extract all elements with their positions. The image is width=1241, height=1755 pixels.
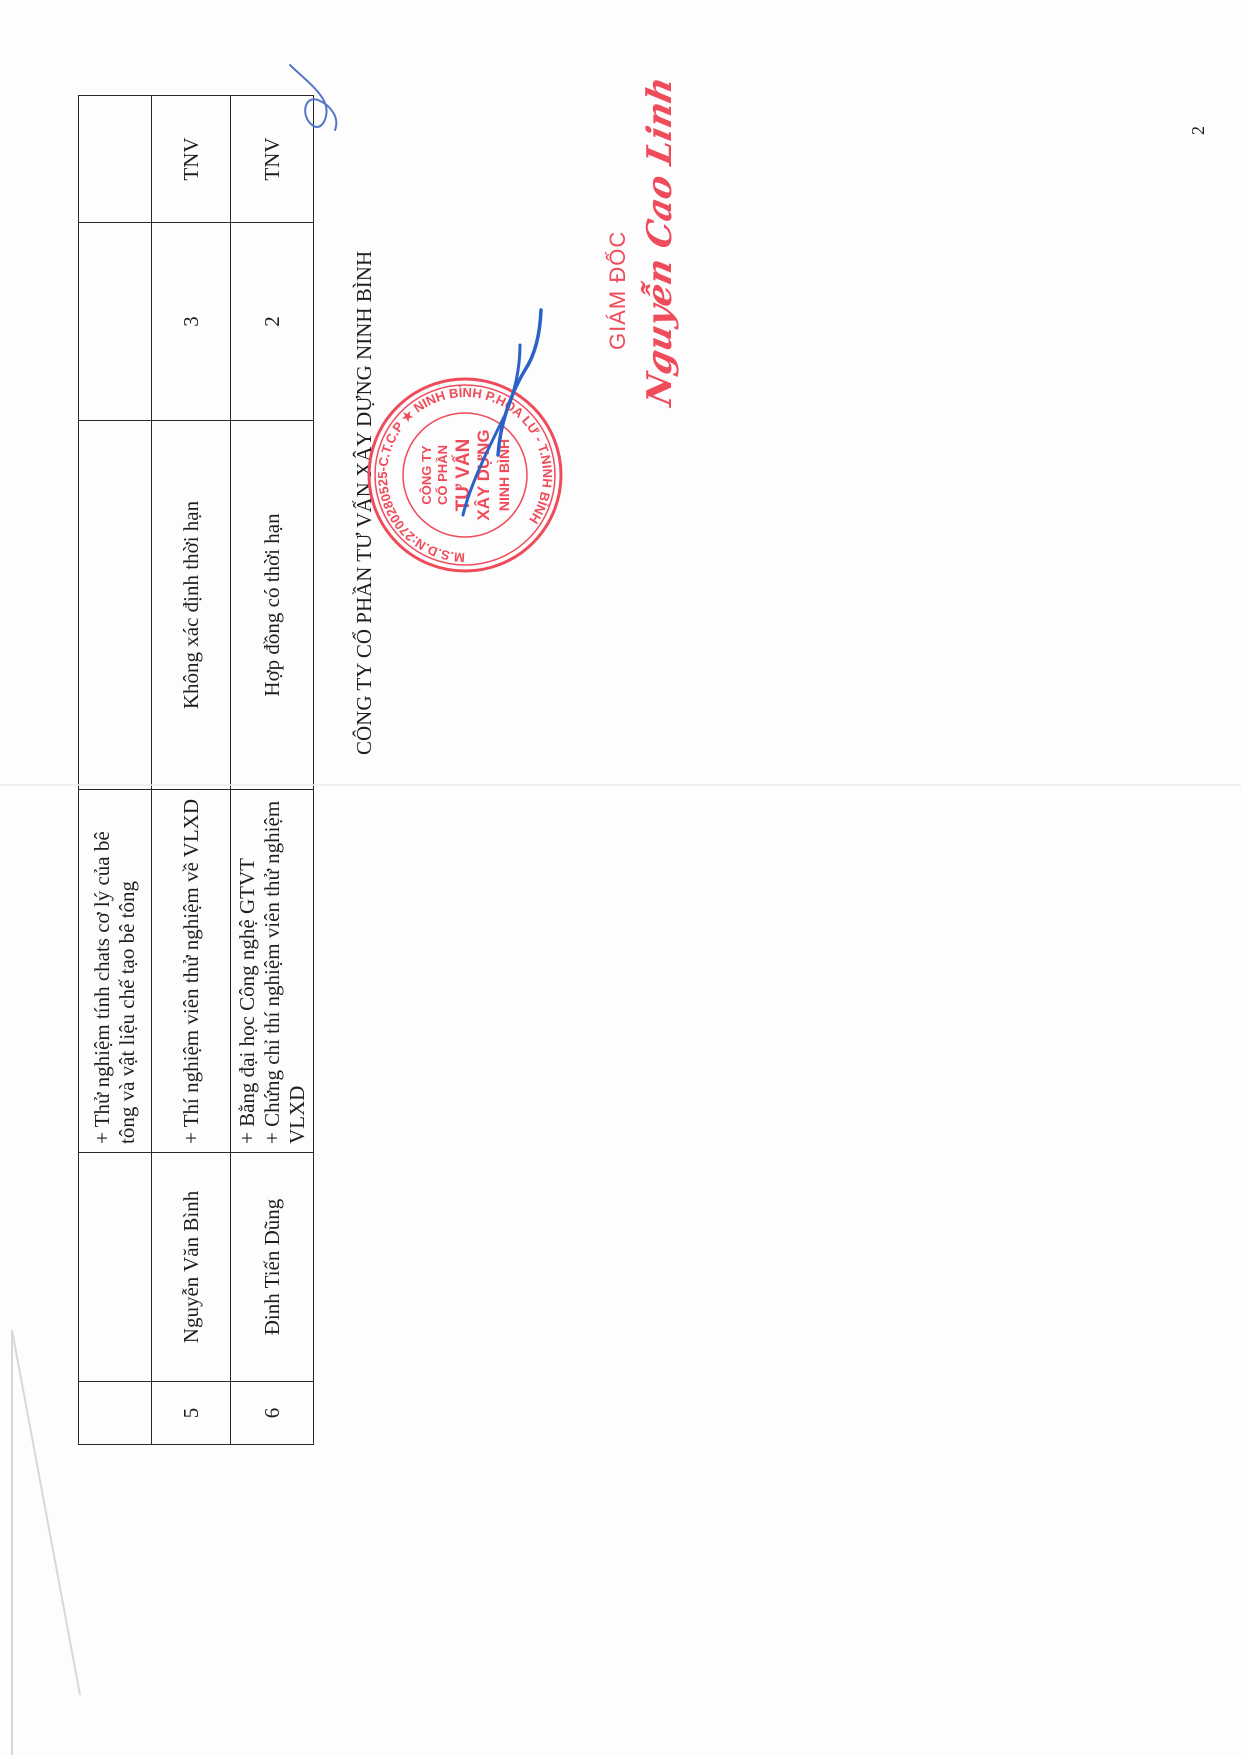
table-row: 5 Nguyễn Văn Bình + Thí nghiệm viên thử … [152,96,231,1445]
seal-line-5: NINH BÌNH [496,439,512,511]
cell-role [79,96,152,223]
cell-role: TNV [231,96,314,223]
company-seal-icon: M.S.D.N:2700280525-C.T.C.P ★ NINH BÌNH P… [365,375,565,575]
document-page: + Thử nghiệm tính chats cơ lý của bê tôn… [0,0,1241,1755]
cell-contract: Không xác định thời hạn [152,421,231,790]
director-name: Nguyễn Cao Linh [640,73,680,409]
cell-contract: Hợp đồng có thời hạn [231,421,314,790]
director-title: GIÁM ĐỐC [605,231,631,350]
seal-line-3: TƯ VẤN [452,439,474,512]
cell-qualifications: + Thí nghiệm viên thử nghiệm về VLXD [152,790,231,1153]
qualification-line: + Thí nghiệm viên thử nghiệm về VLXD [179,798,204,1144]
cell-contract [79,421,152,790]
cell-name: Đinh Tiến Dũng [231,1153,314,1382]
seal-line-1: CÔNG TY [419,445,434,505]
cell-qualifications: + Thử nghiệm tính chats cơ lý của bê tôn… [79,790,152,1153]
staff-table: + Thử nghiệm tính chats cơ lý của bê tôn… [78,95,314,1445]
cell-name [79,1153,152,1382]
page-number: 2 [1188,126,1209,135]
cell-stt [79,1382,152,1445]
qualification-line: + Thử nghiệm tính chats cơ lý của bê tôn… [90,798,140,1144]
seal-line-4: XÂY DỰNG [474,429,493,520]
cell-name: Nguyễn Văn Bình [152,1153,231,1382]
cell-qualifications: + Bằng đại học Công nghệ GTVT + Chứng ch… [231,790,314,1153]
cell-years: 3 [152,223,231,421]
qualification-line: + Chứng chỉ thí nghiệm viên thử nghiệm V… [260,798,310,1144]
seal-line-2: CỔ PHẦN [435,445,450,505]
cell-role: TNV [152,96,231,223]
table-row: + Thử nghiệm tính chats cơ lý của bê tôn… [79,96,152,1445]
cell-stt: 6 [231,1382,314,1445]
qualification-line: + Bằng đại học Công nghệ GTVT [235,798,260,1144]
cell-years [79,223,152,421]
cell-years: 2 [231,223,314,421]
cell-stt: 5 [152,1382,231,1445]
table-row: 6 Đinh Tiến Dũng + Bằng đại học Công ngh… [231,96,314,1445]
